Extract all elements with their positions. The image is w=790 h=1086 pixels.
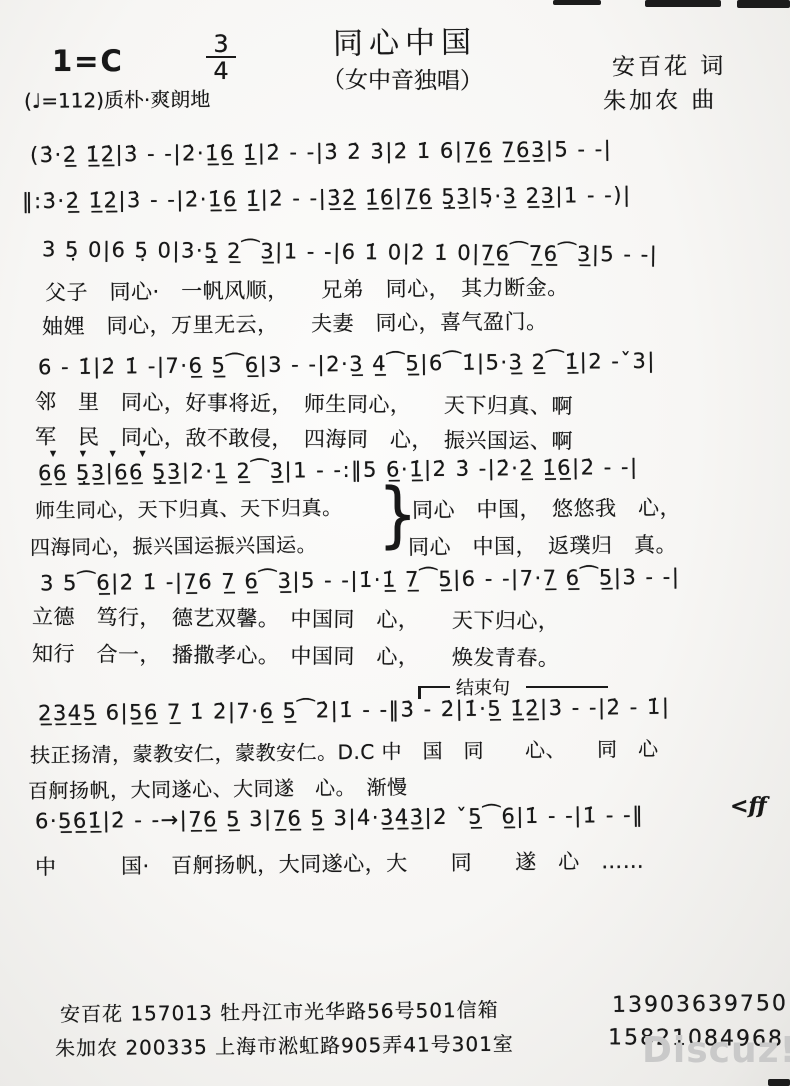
time-signature-numerator: 3 xyxy=(206,32,236,58)
lyrics-line-3b: 妯娌 同心，万里无云， 夫妻 同心，喜气盈门。 xyxy=(42,305,548,340)
discuz-watermark: Discuz! xyxy=(642,1030,790,1071)
lyrics-line-6b: 知行 合一， 播撒孝心。 中国同 心， 焕发青春。 xyxy=(32,638,560,673)
music-line-1: (3̇·2̲̇ 1̲̇2̲̇|3̇ - -|2̇·1̲̇6̲ 1̲̇|2̇ - … xyxy=(30,137,613,167)
music-line-3: 3 5̣ 0|6 5̣ 0|3·5̲̣ 2̲⁀3̲|1 - -|6 1̇ 0|2… xyxy=(42,237,658,266)
song-subtitle: （女中音独唱） xyxy=(322,61,483,95)
footer-phone-lyricist: 13903639750 xyxy=(612,991,788,1018)
lyricist-credit: 安百花 词 xyxy=(612,47,727,81)
lyrics-line-5b-right: 同心 中国， 返璞归 真。 xyxy=(408,529,677,562)
footer-contact-lyricist: 安百花 157013 牡丹江市光华路56号501信箱 xyxy=(60,994,499,1028)
scan-artifact xyxy=(645,0,721,7)
scan-artifact xyxy=(737,0,790,8)
scanned-sheet-paper: 同心中国 （女中音独唱） 1=C 3 4 (♩=112)质朴·爽朗地 安百花 词… xyxy=(0,0,790,1086)
music-line-6: 3 5⁀6̲|2̇ 1̇ -|7̲6 7̲ 6̲⁀3̲|5 - -|1̇·1̲̇… xyxy=(40,565,681,596)
composer-credit: 朱加农 曲 xyxy=(603,81,718,115)
music-line-5: 6̲6̲ 5̲̣3̲|6̲6̲ 5̲̣3̲|2·1̲ 2̲⁀3̲|1 - -:‖… xyxy=(38,455,639,485)
music-line-2: ‖:3̇·2̲̇ 1̲̇2̲̇|3̇ - -|2̇·1̲̇6̲ 1̲̇|2̇ -… xyxy=(22,183,632,213)
time-signature-denominator: 4 xyxy=(206,58,236,84)
music-line-4: 6 - 1̇|2̇ 1̇ -|7·6̲ 5̲⁀6̲|3 - -|2·3̲ 4̲⁀… xyxy=(38,349,656,379)
ending-bracket-line xyxy=(418,686,450,688)
accent-marks: ▾ ▾ ▾ ▾ xyxy=(50,446,156,460)
lyrics-line-5a-right: 同心 中国， 悠悠我 心， xyxy=(412,492,681,525)
lyrics-line-8: 中 国· 百舸扬帆，大同遂心，大 同 遂 心 …… xyxy=(35,845,644,881)
tempo-marking: (♩=112)质朴·爽朗地 xyxy=(24,83,211,114)
scan-artifact xyxy=(553,0,601,5)
dynamics-ff: <ff xyxy=(730,793,767,819)
footer-contact-composer: 朱加农 200335 上海市淞虹路905弄41号301室 xyxy=(55,1028,514,1062)
scan-artifact xyxy=(768,1079,790,1086)
key-signature: 1=C xyxy=(52,44,124,78)
lyrics-line-4a: 邻 里 同心，好事将近， 师生同心， 天下归真、啊 xyxy=(35,386,573,421)
lyrics-line-7a: 扶正扬清，蒙教安仁，蒙教安仁。D.C 中 国 同 心、 同 心 xyxy=(30,733,659,769)
lyrics-line-5b-left: 四海同心，振兴国运振兴国运。 xyxy=(30,528,317,560)
music-line-7: 2̲3̲4̲5̲ 6|5̲6̲ 7̲ 1̇ 2̇|7·6̲ 5̲⁀2̇|1̇ -… xyxy=(38,695,671,726)
lyrics-line-7b: 百舸扬帆，大同遂心、大同遂 心。 渐慢 xyxy=(28,771,408,804)
song-title: 同心中国 xyxy=(333,17,477,63)
lyrics-line-5a-left: 师生同心，天下归真、天下归真。 xyxy=(35,491,343,523)
time-signature: 3 4 xyxy=(206,32,236,84)
music-line-8: 6·5̲6̲1̲̇|2̇ - -→|7̲6̲ 5̲ 3|7̲6̲ 5̲ 3|4̇… xyxy=(35,803,644,833)
lyrics-line-6a: 立德 笃行， 德艺双馨。 中国同 心， 天下归心， xyxy=(32,601,560,636)
ending-bracket-line xyxy=(526,686,608,688)
lyrics-line-3a: 父子 同心· 一帆风顺， 兄弟 同心， 其力断金。 xyxy=(45,271,569,306)
